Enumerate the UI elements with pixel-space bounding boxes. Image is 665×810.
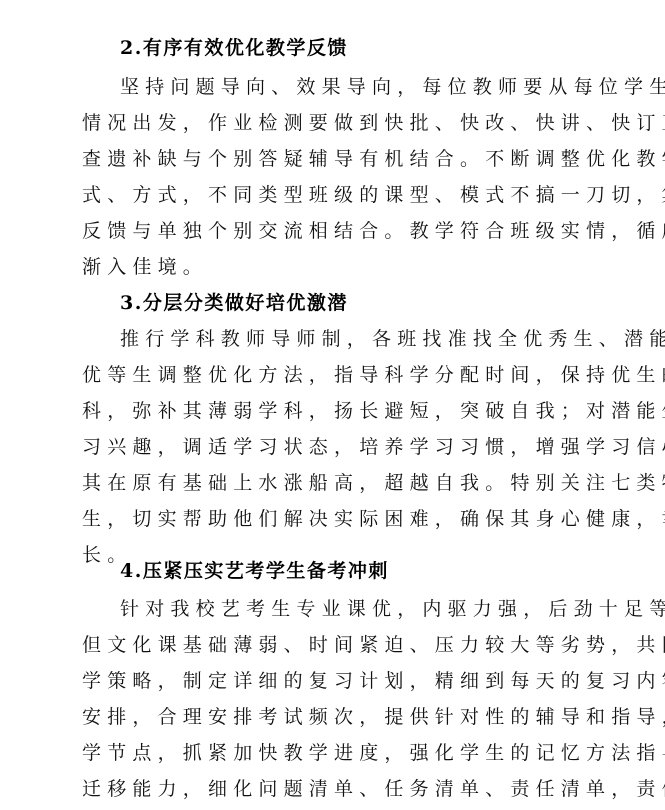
paragraph-line: 安排，合理安排考试频次，提供针对性的辅导和指导，抓住教 [82,699,665,735]
paragraph-line: 学节点，抓紧加快教学进度，强化学生的记忆方法指导，提升 [82,735,665,771]
paragraph-line: 针对我校艺考生专业课优，内驱力强，后劲十足等优势， [120,591,665,627]
paragraph-line: 科，弥补其薄弱学科，扬长避短，突破自我；对潜能生激发学 [82,393,665,429]
paragraph-line: 推行学科教师导师制，各班找准找全优秀生、潜能生。对 [120,321,665,357]
paragraph-line: 迁移能力，细化问题清单、任务清单、责任清单，责任分解到 [82,771,665,807]
paragraph-line: 查遗补缺与个别答疑辅导有机结合。不断调整优化教学思路模 [82,141,665,177]
paragraph-line: 反馈与单独个别交流相结合。教学符合班级实情，循序渐进， [82,213,665,249]
section-heading-3: 3.分层分类做好培优激潜 [120,285,348,321]
paragraph-line: 优等生调整优化方法，指导科学分配时间，保持优生的优势学 [82,357,665,393]
paragraph-line: 学策略，制定详细的复习计划，精细到每天的复习内容和时间 [82,663,665,699]
paragraph-line: 式、方式，不同类型班级的课型、模式不搞一刀切，集中集体 [82,177,665,213]
paragraph-line: 习兴趣，调适学习状态，培养学习习惯，增强学习信心，助力 [82,429,665,465]
document-page: 2.有序有效优化教学反馈 坚持问题导向、效果导向，每位教师要从每位学生的实际 情… [0,0,665,810]
paragraph-line: 情况出发，作业检测要做到快批、快改、快讲、快订正，集体 [82,105,665,141]
section-heading-2: 2.有序有效优化教学反馈 [120,30,348,66]
section-heading-4: 4.压紧压实艺考学生备考冲刺 [120,553,389,589]
paragraph-line: 但文化课基础薄弱、时间紧迫、压力较大等劣势，共同商讨教 [82,627,665,663]
paragraph-line: 渐入佳境。 [82,249,208,285]
paragraph-line: 其在原有基础上水涨船高，超越自我。特别关注七类特殊学 [82,465,665,501]
paragraph-line: 坚持问题导向、效果导向，每位教师要从每位学生的实际 [120,69,665,105]
paragraph-line: 生，切实帮助他们解决实际困难，确保其身心健康，幸福成 [82,501,665,537]
